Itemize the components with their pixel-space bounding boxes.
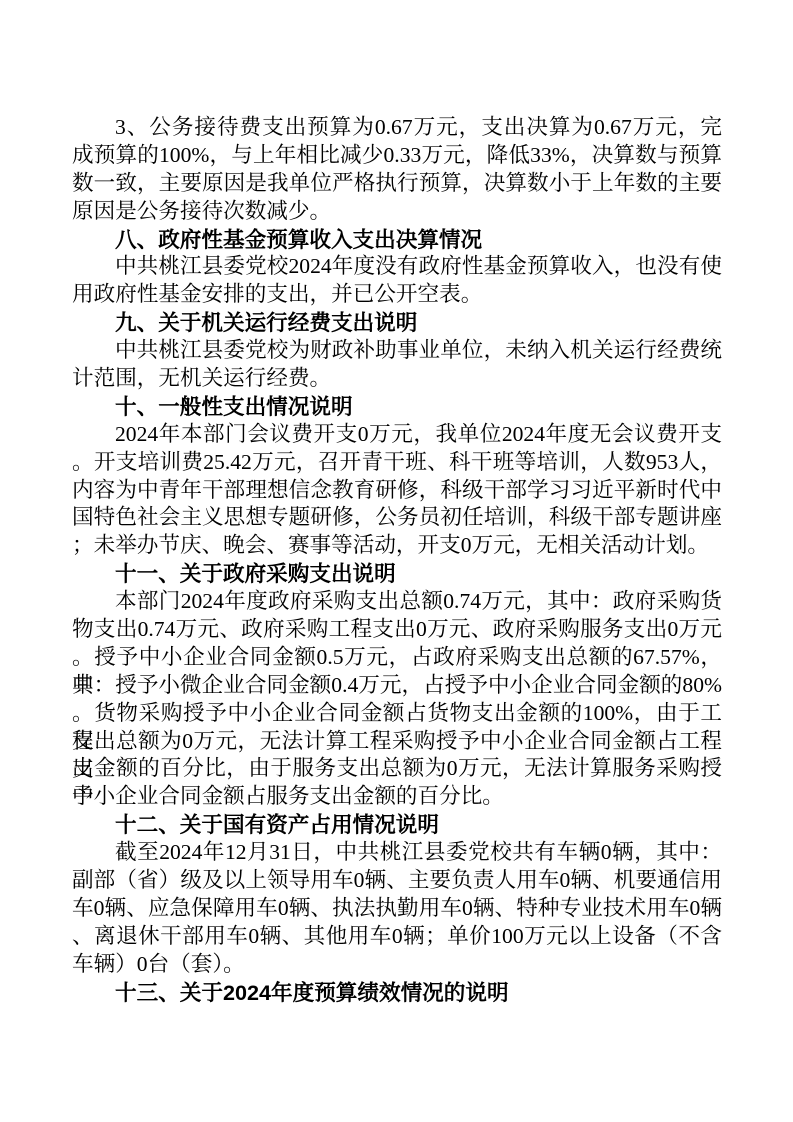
- paragraph-line: 出金额的百分比，由于服务支出总额为0万元，无法计算服务采购授予: [72, 755, 722, 783]
- document-page: 3、公务接待费支出预算为0.67万元，支出决算为0.67万元，完成预算的100%…: [0, 0, 793, 1122]
- paragraph-line: 内容为中青年干部理想信念教育研修，科级干部学习习近平新时代中: [72, 477, 722, 505]
- paragraph-line: 用政府性基金安排的支出，并已公开空表。: [72, 281, 722, 309]
- paragraph-line: 。开支培训费25.42万元，召开青干班、科干班等培训，人数953人，: [72, 449, 722, 477]
- paragraph-line: 物支出0.74万元、政府采购工程支出0万元、政府采购服务支出0万元: [72, 616, 722, 644]
- section-heading: 十三、关于2024年度预算绩效情况的说明: [72, 979, 722, 1007]
- section-heading: 八、政府性基金预算收入支出决算情况: [72, 226, 722, 254]
- paragraph-line: 中：授予小微企业合同金额0.4万元，占授予中小企业合同金额的80%: [72, 672, 722, 700]
- section-heading: 九、关于机关运行经费支出说明: [72, 309, 722, 337]
- paragraph-line: ；未举办节庆、晚会、赛事等活动，开支0万元，无相关活动计划。: [72, 532, 722, 560]
- paragraph-line: 支出总额为0万元，无法计算工程采购授予中小企业合同金额占工程支: [72, 728, 722, 756]
- section-heading: 十、一般性支出情况说明: [72, 393, 722, 421]
- paragraph-line: 。授予中小企业合同金额0.5万元，占政府采购支出总额的67.57%，其: [72, 644, 722, 672]
- paragraph-line: 数一致，主要原因是我单位严格执行预算，决算数小于上年数的主要: [72, 170, 722, 198]
- paragraph-line: 原因是公务接待次数减少。: [72, 198, 722, 226]
- paragraph-line: 3、公务接待费支出预算为0.67万元，支出决算为0.67万元，完: [72, 114, 722, 142]
- section-heading: 十二、关于国有资产占用情况说明: [72, 811, 722, 839]
- paragraph-line: 、离退休干部用车0辆、其他用车0辆；单价100万元以上设备（不含: [72, 923, 722, 951]
- paragraph-line: 中共桃江县委党校为财政补助事业单位，未纳入机关运行经费统: [72, 337, 722, 365]
- paragraph-line: 国特色社会主义思想专题研修，公务员初任培训，科级干部专题讲座: [72, 504, 722, 532]
- paragraph-line: 。货物采购授予中小企业合同金额占货物支出金额的100%，由于工程: [72, 700, 722, 728]
- paragraph-line: 2024年本部门会议费开支0万元，我单位2024年度无会议费开支: [72, 421, 722, 449]
- section-heading: 十一、关于政府采购支出说明: [72, 560, 722, 588]
- paragraph-line: 成预算的100%，与上年相比减少0.33万元，降低33%，决算数与预算: [72, 142, 722, 170]
- paragraph-line: 中共桃江县委党校2024年度没有政府性基金预算收入，也没有使: [72, 253, 722, 281]
- paragraph-line: 副部（省）级及以上领导用车0辆、主要负责人用车0辆、机要通信用: [72, 867, 722, 895]
- paragraph-line: 本部门2024年度政府采购支出总额0.74万元，其中：政府采购货: [72, 588, 722, 616]
- paragraph-line: 车辆）0台（套）。: [72, 951, 722, 979]
- paragraph-line: 车0辆、应急保障用车0辆、执法执勤用车0辆、特种专业技术用车0辆: [72, 895, 722, 923]
- paragraph-line: 计范围，无机关运行经费。: [72, 365, 722, 393]
- paragraph-line: 截至2024年12月31日，中共桃江县委党校共有车辆0辆，其中：: [72, 839, 722, 867]
- paragraph-line: 中小企业合同金额占服务支出金额的百分比。: [72, 783, 722, 811]
- document-content: 3、公务接待费支出预算为0.67万元，支出决算为0.67万元，完成预算的100%…: [72, 114, 722, 1007]
